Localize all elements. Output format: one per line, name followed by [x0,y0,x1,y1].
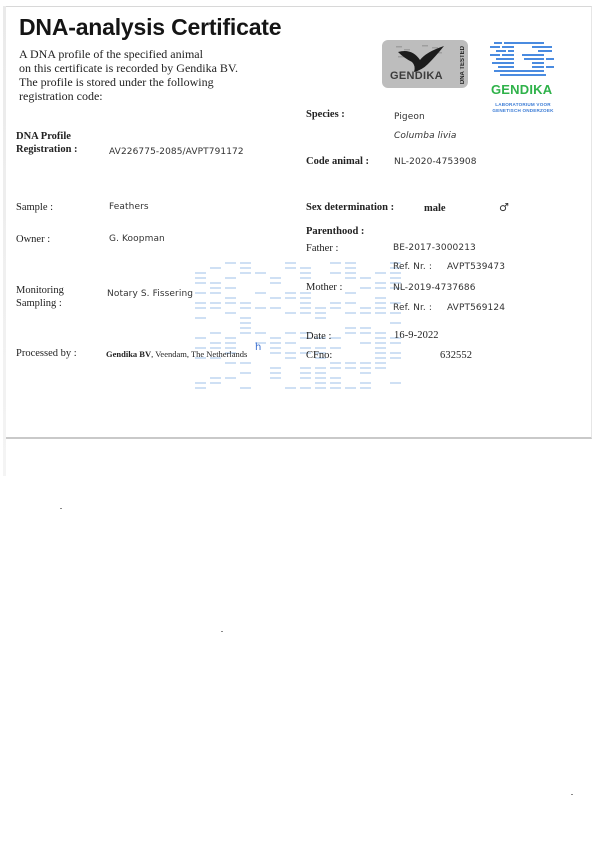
scan-speck [221,631,223,632]
father-ring: BE-2017-3000213 [393,243,476,253]
species-latin: Columba livia [394,131,457,141]
intro-line: The profile is stored under the followin… [19,75,214,89]
mother-label: Mother : [306,281,342,294]
processed-by-value: Gendika BV, Veendam, The Netherlands [106,348,247,361]
mother-ref-label: Ref. Nr. : [393,303,432,313]
dna-tested-seal: GENDIKA DNA TESTED [382,40,468,88]
label-line: Registration : [16,144,78,155]
monitoring-label: Monitoring Sampling : [16,284,64,310]
intro-line: A DNA profile of the specified animal [19,47,203,61]
handwritten-initial: h [255,342,261,353]
certificate-title: DNA-analysis Certificate [19,14,281,41]
parenthood-label: Parenthood : [306,225,364,238]
intro-line: registration code: [19,89,103,103]
label-line: DNA Profile [16,131,71,142]
lab-subtitle: LABORATORIUM VOOR GENETISCH ONDERZOEK [488,102,558,114]
registration-label: DNA Profile Registration : [16,130,78,156]
label-line: Monitoring [16,285,64,296]
lab-subtitle-line: LABORATORIUM VOOR [495,102,551,107]
processor-location: , Veendam, The Netherlands [151,349,247,359]
sample-value: Feathers [109,202,149,212]
monitoring-value: Notary S. Fissering [107,289,193,299]
father-label: Father : [306,242,338,255]
sex-label: Sex determination : [306,201,394,214]
father-ref: AVPT539473 [447,262,505,272]
owner-value: G. Koopman [109,234,165,244]
mother-ring: NL-2019-4737686 [393,283,476,293]
registration-value: AV226775-2085/AVPT791172 [109,147,244,157]
gendika-logo: GENDIKA LABORATORIUM VOOR GENETISCH ONDE… [488,40,558,120]
seal-brand: GENDIKA [390,70,443,82]
seal-tag: DNA TESTED [460,46,466,84]
gendika-g-icon [488,40,558,80]
species-common: Pigeon [394,112,425,122]
scan-speck [571,794,573,795]
date-label: Date : [306,330,331,343]
male-symbol-icon: ♂ [499,201,509,214]
father-ref-label: Ref. Nr. : [393,262,432,272]
code-animal-label: Code animal : [306,155,369,168]
dna-watermark [195,262,405,392]
owner-label: Owner : [16,233,50,246]
species-label: Species : [306,108,345,121]
sample-label: Sample : [16,201,53,214]
processed-by-label: Processed by : [16,347,77,360]
lab-name: GENDIKA [491,82,552,97]
date-value: 16-9-2022 [394,330,439,341]
code-animal-value: NL-2020-4753908 [394,157,477,167]
cfno-label: CFno: [306,349,332,362]
sex-value: male [424,202,446,215]
cfno-value: 632552 [440,350,472,361]
intro-line: on this certificate is recorded by Gendi… [19,61,238,75]
mother-ref: AVPT569124 [447,303,505,313]
certificate-intro: A DNA profile of the specified animal on… [19,47,238,103]
scan-speck [60,508,62,509]
label-line: Sampling : [16,298,62,309]
processor-name: Gendika BV [106,349,151,359]
lab-subtitle-line: GENETISCH ONDERZOEK [492,108,553,113]
